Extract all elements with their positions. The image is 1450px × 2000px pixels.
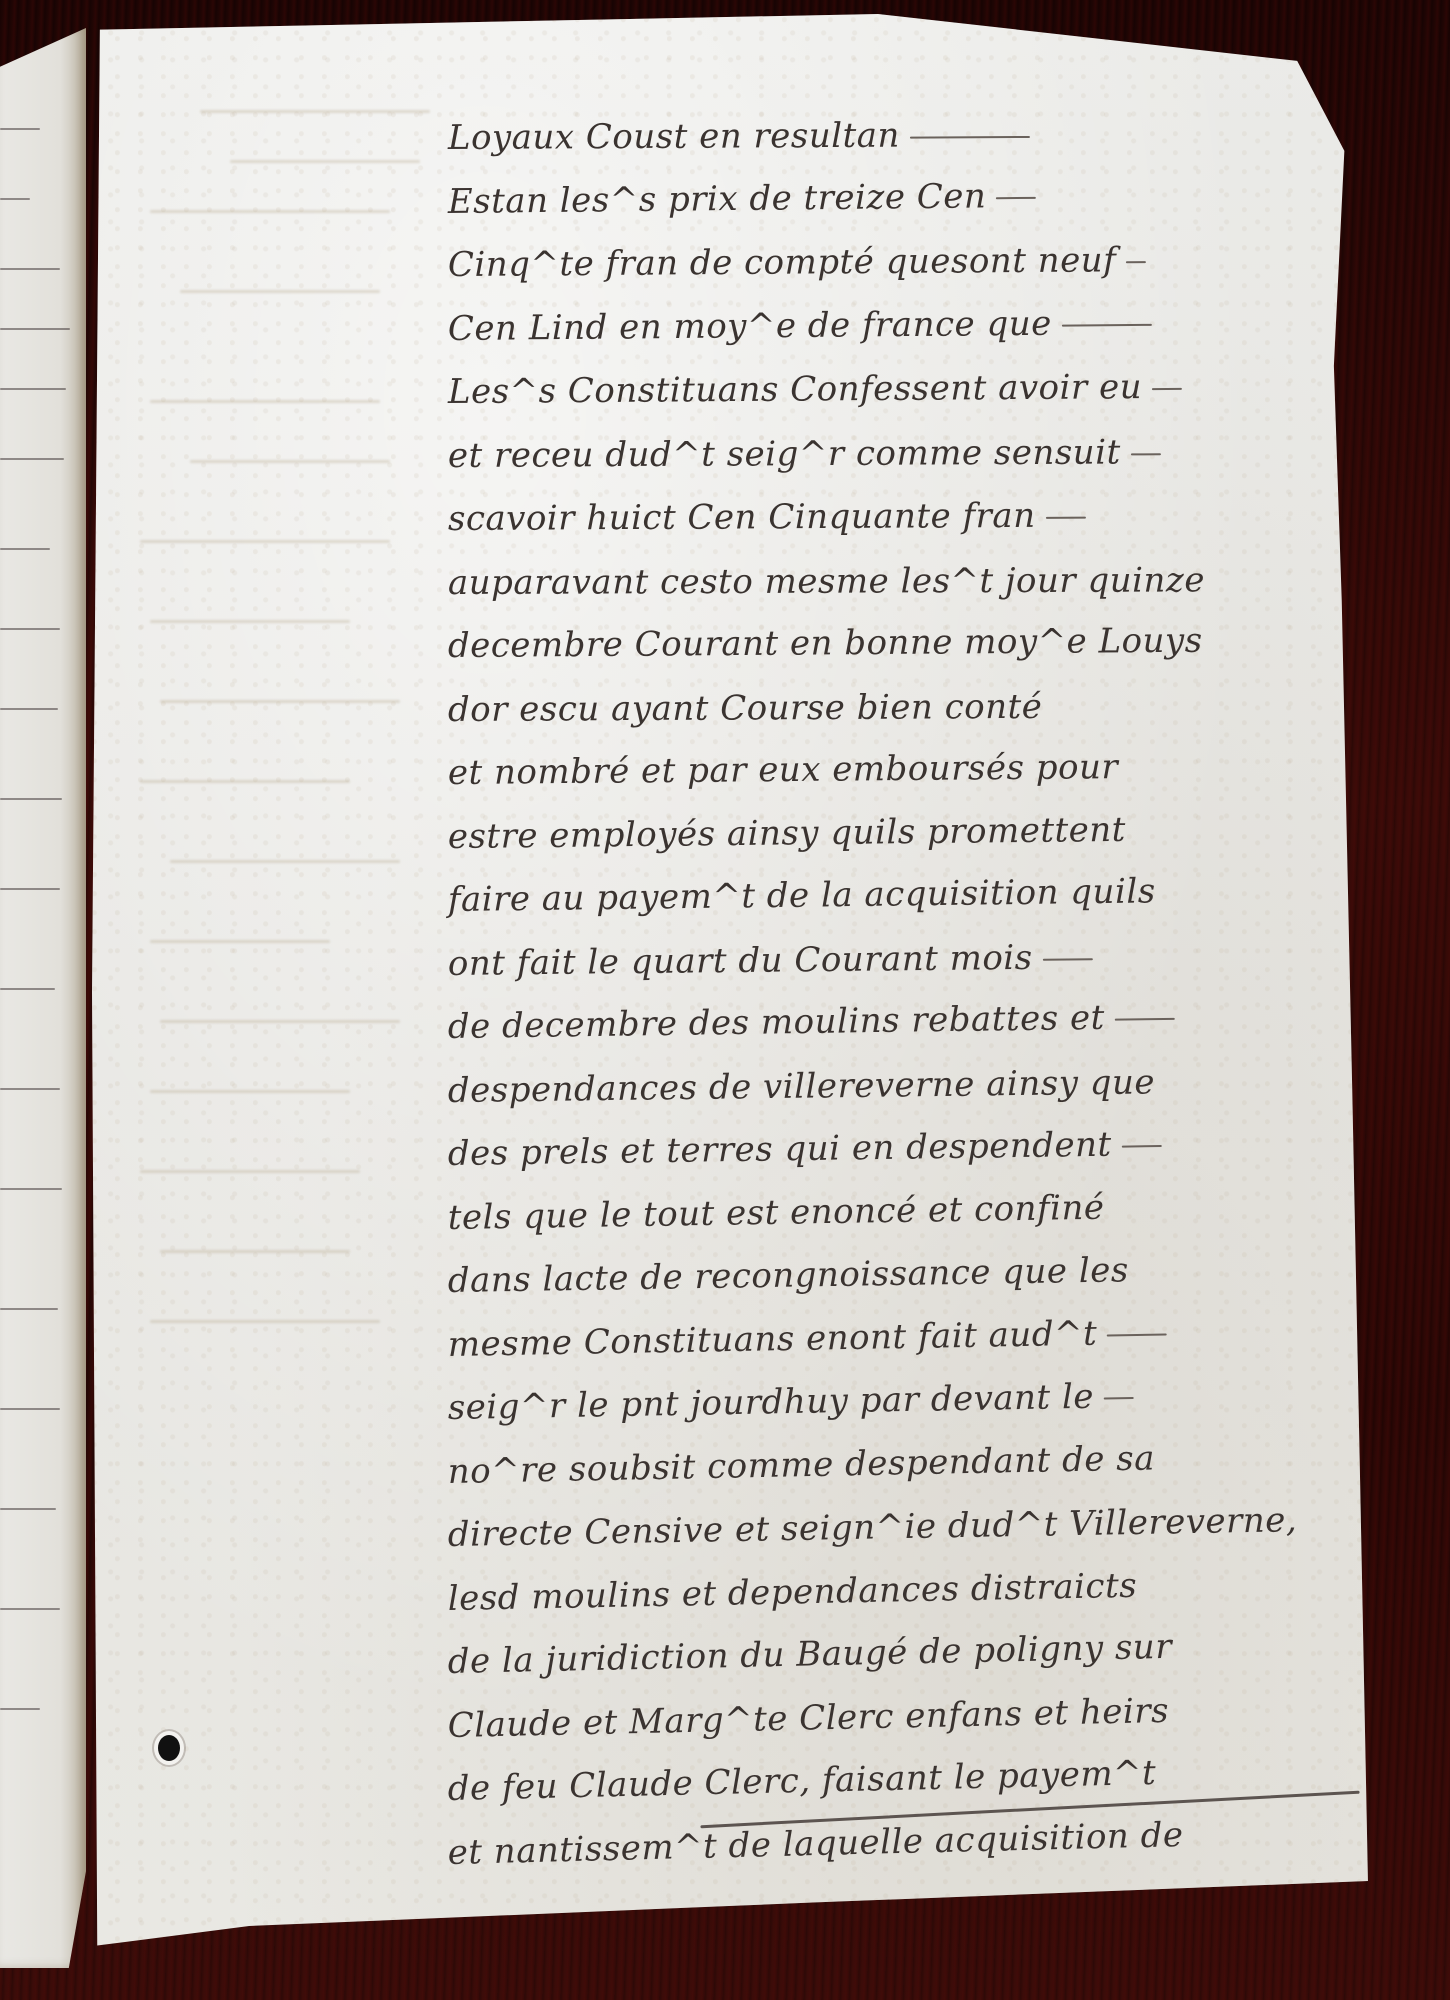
adjacent-page-ink-stroke [0,1608,60,1610]
bleed-through-ink [180,290,380,293]
line-text: ont fait le quart du Courant mois [448,937,1033,983]
manuscript-line: auparavant cesto mesme les^t jour quinze [448,559,1368,626]
line-text: Cen Lind en moy^e de france que [448,303,1052,348]
line-text: despendances de villereverne ainsy que [448,1062,1156,1111]
bleed-through-ink [150,400,380,403]
adjacent-page-ink-stroke [0,1188,62,1190]
line-text: dor escu ayant Course bien conté [448,686,1043,729]
manuscript-line: Estan les^s prix de treize Cen [448,172,1369,245]
line-filler-stroke [1062,323,1152,326]
manuscript-line: Cen Lind en moy^e de france que [448,300,1369,372]
line-text: des prels et terres qui en despendent [448,1125,1112,1174]
manuscript-line: de decembre des moulins rebattes et [448,994,1369,1070]
bleed-through-ink [140,780,350,783]
line-text: estre employés ainsy quils promettent [448,809,1126,856]
line-text: de decembre des moulins rebattes et [448,998,1105,1047]
manuscript-line: Cinq^te fran de compté quesont neuf [448,239,1368,309]
line-filler-stroke [1043,958,1093,961]
bleed-through-ink [190,460,390,463]
line-filler-stroke [1122,1145,1162,1148]
adjacent-page-ink-stroke [0,128,40,130]
bleed-through-ink [140,540,390,543]
manuscript-line: dor escu ayant Course bien conté [448,685,1368,753]
bleed-through-ink [150,620,350,623]
bleed-through-ink [160,1250,350,1253]
adjacent-page-ink-stroke [0,1708,40,1710]
bleed-through-ink [170,860,400,863]
adjacent-page-ink-stroke [0,628,60,630]
manuscript-line: Loyaux Coust en resultan [448,113,1368,181]
manuscript-line: Les^s Constituans Confessent avoir eu [448,366,1368,436]
line-text: et receu dud^t seig^r comme sensuit [448,432,1121,476]
adjacent-page-ink-stroke [0,198,30,200]
line-text: decembre Courant en bonne moy^e Louys [448,621,1203,666]
manuscript-line: et nombré et par eux emboursés pour [448,745,1369,817]
line-text: Loyaux Coust en resultan [448,116,900,158]
adjacent-page-ink-stroke [0,708,58,710]
adjacent-page-ink-stroke [0,458,64,460]
bleed-through-ink [150,1320,380,1323]
manuscript-line: estre employés ainsy quils promettent [448,807,1369,880]
bleed-through-ink [150,1090,350,1093]
adjacent-page-ink-stroke [0,388,66,390]
line-text: Estan les^s prix de treize Cen [448,176,987,222]
bleed-through-ink [200,110,430,113]
manuscript-line: scavoir huict Cen Cinquante fran [448,494,1368,562]
adjacent-page-ink-stroke [0,1308,58,1310]
line-text: faire au payem^t de la acquisition quils [448,871,1156,920]
bleed-through-ink [230,160,420,163]
adjacent-page-ink-stroke [0,1508,56,1510]
paper-hole [158,1735,180,1761]
adjacent-page-ink-stroke [0,548,50,550]
bleed-through-ink [150,210,390,213]
adjacent-page-ink-stroke [0,888,60,890]
line-filler-stroke [996,196,1036,198]
adjacent-page-ink-stroke [0,798,62,800]
line-filler-stroke [1131,453,1161,455]
line-text: et nombré et par eux emboursés pour [448,747,1119,793]
adjacent-page-ink-stroke [0,1088,60,1090]
line-filler-stroke [1107,1333,1167,1336]
bleed-through-ink [150,940,330,943]
bleed-through-ink [140,1170,360,1173]
line-text: auparavant cesto mesme les^t jour quinze [448,560,1205,603]
line-text: scavoir huict Cen Cinquante fran [448,496,1036,539]
manuscript-line: et receu dud^t seig^r comme sensuit [448,431,1368,499]
line-filler-stroke [1126,261,1146,263]
manuscript-line: decembre Courant en bonne moy^e Louys [448,620,1368,690]
adjacent-page-left [0,28,86,1968]
adjacent-page-ink-stroke [0,328,70,330]
adjacent-page-ink-stroke [0,1408,60,1410]
line-text: Les^s Constituans Confessent avoir eu [448,367,1142,412]
line-filler-stroke [1115,1018,1175,1021]
handwritten-text: Loyaux Coust en resultan Estan les^s pri… [448,118,1368,1896]
bleed-through-ink [160,1020,400,1023]
bleed-through-ink [160,700,400,703]
line-filler-stroke [1152,388,1182,390]
line-filler-stroke [1104,1397,1134,1400]
manuscript-line: faire au payem^t de la acquisition quils [448,869,1369,944]
line-filler-stroke [910,136,1030,139]
adjacent-page-ink-stroke [0,268,60,270]
adjacent-page-ink-stroke [0,988,55,990]
line-filler-stroke [1046,517,1086,519]
line-text: Cinq^te fran de compté quesont neuf [448,240,1117,285]
